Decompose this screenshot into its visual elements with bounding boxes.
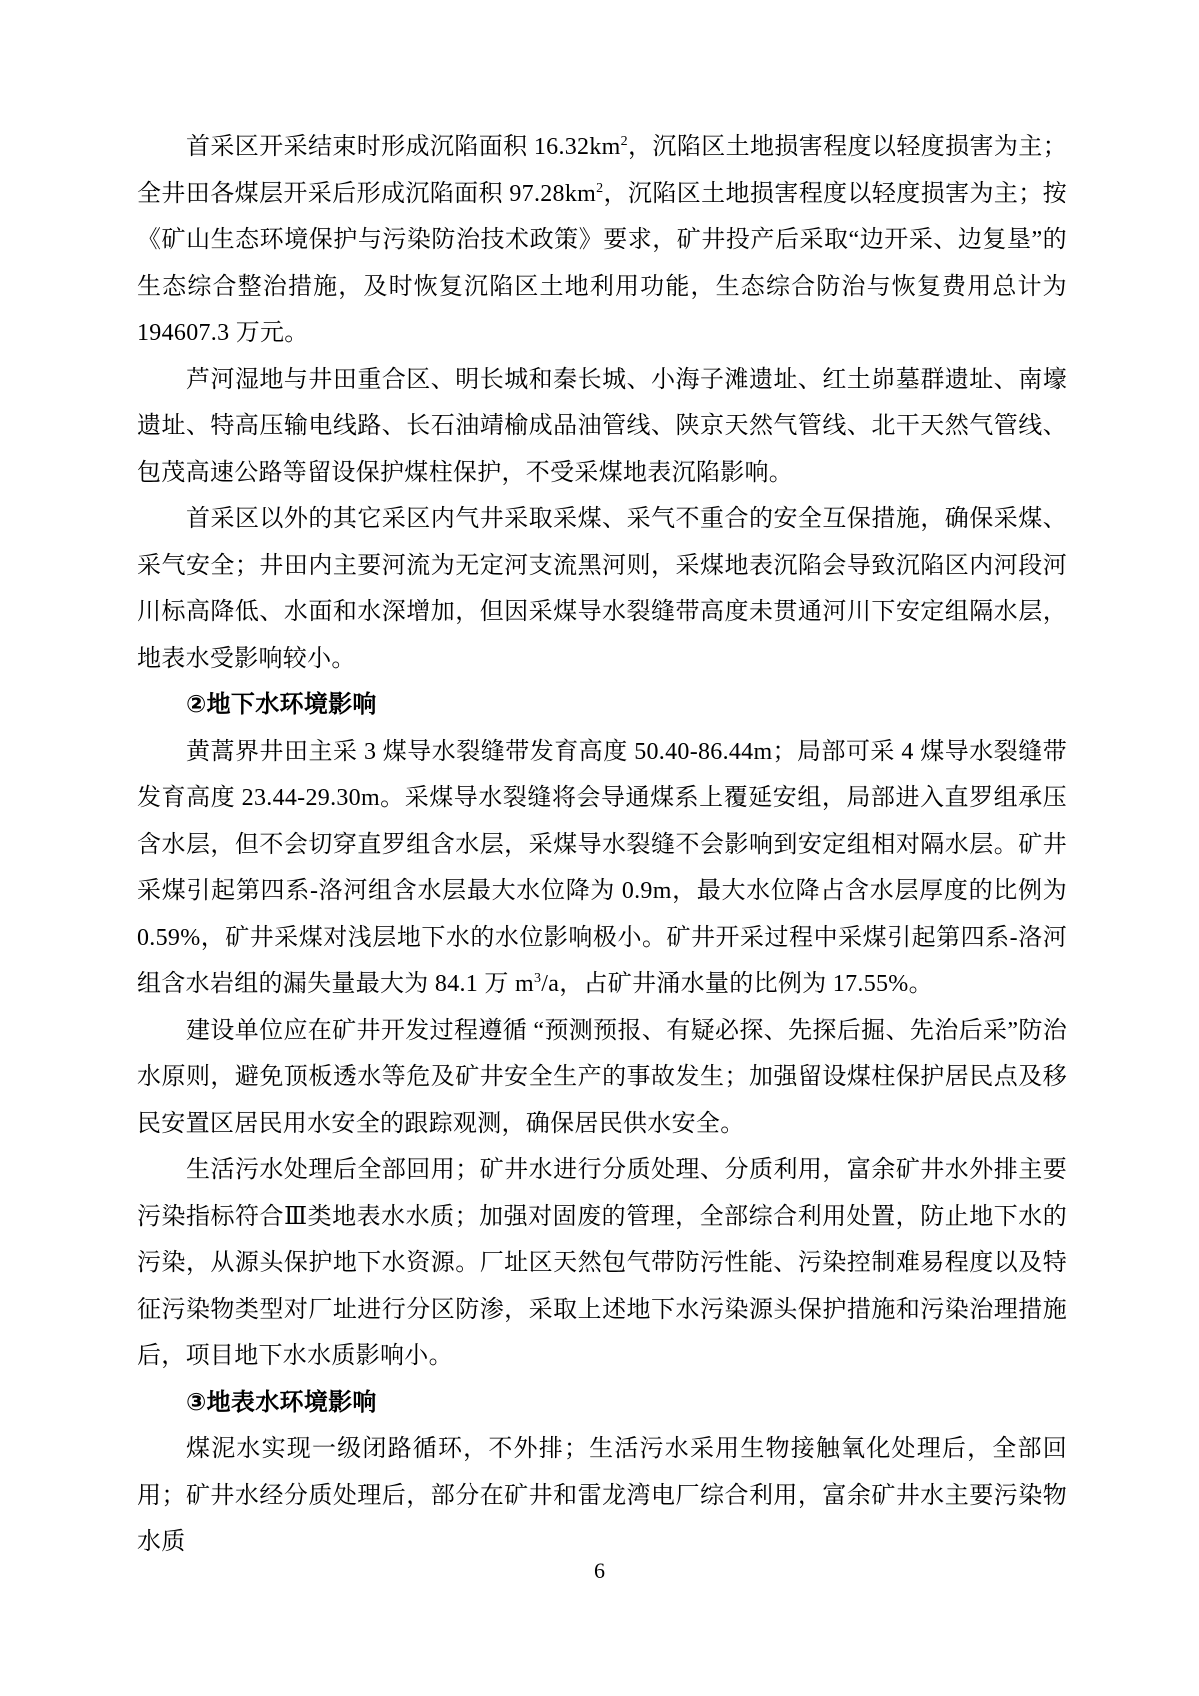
document-page: 首采区开采结束时形成沉陷面积 16.32km2，沉陷区土地损害程度以轻度损害为主…: [0, 0, 1199, 1696]
paragraph-text: 首采区以外的其它采区内气井采取采煤、采气不重合的安全互保措施，确保采煤、采气安全…: [137, 506, 1067, 672]
heading-groundwater-impact: ②地下水环境影响: [137, 682, 1067, 729]
paragraph-text: 首采区开采结束时形成沉陷面积 16.32km: [186, 134, 621, 160]
paragraph-subsidence-area: 首采区开采结束时形成沉陷面积 16.32km2，沉陷区土地损害程度以轻度损害为主…: [137, 124, 1067, 357]
paragraph-wastewater-reuse: 生活污水处理后全部回用；矿井水进行分质处理、分质利用，富余矿井水外排主要污染指标…: [137, 1147, 1067, 1380]
paragraph-surface-water-detail: 煤泥水实现一级闭路循环，不外排；生活污水采用生物接触氧化处理后，全部回用；矿井水…: [137, 1426, 1067, 1566]
paragraph-text: /a，占矿井涌水量的比例为 17.55%。: [541, 971, 933, 997]
heading-surface-water-impact: ③地表水环境影响: [137, 1380, 1067, 1427]
paragraph-text: 煤泥水实现一级闭路循环，不外排；生活污水采用生物接触氧化处理后，全部回用；矿井水…: [137, 1436, 1067, 1555]
paragraph-protected-sites: 芦河湿地与井田重合区、明长城和秦长城、小海子滩遗址、红土峁墓群遗址、南壕遗址、特…: [137, 357, 1067, 497]
paragraph-groundwater-detail: 黄蒿界井田主采 3 煤导水裂缝带发育高度 50.40-86.44m；局部可采 4…: [137, 729, 1067, 1008]
paragraph-water-control-principles: 建设单位应在矿井开发过程遵循 “预测预报、有疑必探、先探后掘、先治后采”防治水原…: [137, 1008, 1067, 1148]
paragraph-text: 芦河湿地与井田重合区、明长城和秦长城、小海子滩遗址、红土峁墓群遗址、南壕遗址、特…: [137, 367, 1067, 486]
document-body: 首采区开采结束时形成沉陷面积 16.32km2，沉陷区土地损害程度以轻度损害为主…: [137, 124, 1067, 1566]
superscript-2: 2: [621, 134, 628, 149]
paragraph-text: 黄蒿界井田主采 3 煤导水裂缝带发育高度 50.40-86.44m；局部可采 4…: [137, 739, 1067, 998]
paragraph-safety-measures: 首采区以外的其它采区内气井采取采煤、采气不重合的安全互保措施，确保采煤、采气安全…: [137, 496, 1067, 682]
paragraph-text: 生活污水处理后全部回用；矿井水进行分质处理、分质利用，富余矿井水外排主要污染指标…: [137, 1157, 1067, 1369]
page-number: 6: [0, 1558, 1199, 1584]
paragraph-text: 建设单位应在矿井开发过程遵循 “预测预报、有疑必探、先探后掘、先治后采”防治水原…: [137, 1018, 1067, 1137]
